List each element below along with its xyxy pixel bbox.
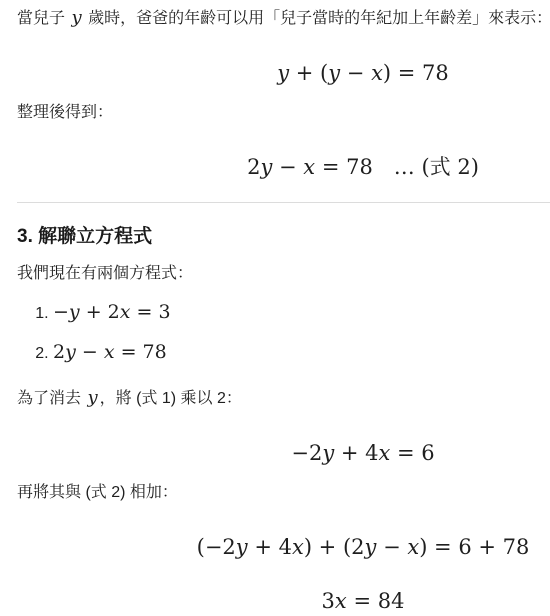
paragraph-two-equations-intro: 我們現在有兩個方程式： [17, 261, 550, 287]
equation-display-eq2: 2y − x = 78 … (式 2) [17, 155, 550, 180]
equation-display-result: 3x = 84 [17, 589, 550, 614]
equation-display-son-age: y + (y − x) = 78 [17, 61, 550, 86]
equation-list: −y + 2x = 3 2y − x = 78 [17, 299, 550, 367]
equation-display-sum: (−2y + 4x) + (2y − x) = 6 + 78 [17, 535, 550, 560]
paragraph-father-age-expression: 當兒子 y 歲時，爸爸的年齡可以用「兒子當時的年紀加上年齡差」來表示： [17, 5, 550, 32]
inline-equation-2: 2y − x = 78 [53, 341, 167, 363]
equation-list-item-2: 2y − x = 78 [53, 339, 550, 367]
equation-display-multiplied: −2y + 4x = 6 [17, 441, 550, 466]
section-heading-solve-system: 3. 解聯立方程式 [17, 224, 550, 250]
inline-equation-1: −y + 2x = 3 [53, 301, 171, 323]
math-solution-document: 當兒子 y 歲時，爸爸的年齡可以用「兒子當時的年紀加上年齡差」來表示： y + … [0, 0, 550, 614]
paragraph-add-equations: 再將其與 (式 2) 相加： [17, 480, 550, 506]
paragraph-eliminate-y: 為了消去 y，將 (式 1) 乘以 2： [17, 385, 550, 412]
equation-list-item-1: −y + 2x = 3 [53, 299, 550, 327]
paragraph-simplify-intro: 整理後得到： [17, 100, 550, 126]
section-divider [17, 202, 550, 203]
